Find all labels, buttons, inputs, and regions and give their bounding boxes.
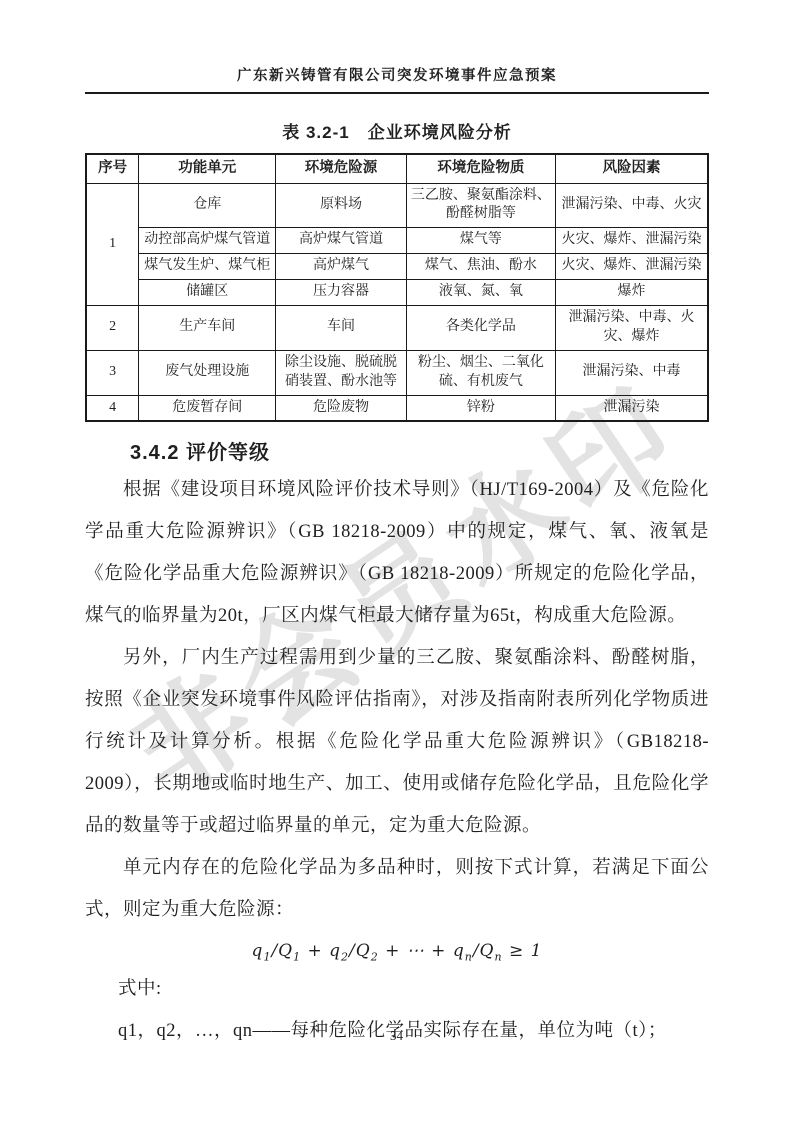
table-row: 储罐区 压力容器 液氧、氮、氧 爆炸 — [86, 280, 708, 306]
factor-cell: 火灾、爆炸、泄漏污染 — [556, 254, 708, 280]
serial-cell: 4 — [86, 395, 139, 421]
source-cell: 高炉煤气 — [276, 254, 407, 280]
table-row: 3 废气处理设施 除尘设施、脱硫脱硝装置、酚水池等 粉尘、烟尘、二氧化硫、有机废… — [86, 350, 708, 395]
factor-cell: 泄漏污染、中毒 — [556, 350, 708, 395]
factor-cell: 火灾、爆炸、泄漏污染 — [556, 228, 708, 254]
table-header-row: 序号 功能单元 环境危险源 环境危险物质 风险因素 — [86, 154, 708, 183]
table-row: 4 危废暂存间 危险废物 锌粉 泄漏污染 — [86, 395, 708, 421]
substance-cell: 粉尘、烟尘、二氧化硫、有机废气 — [406, 350, 555, 395]
substance-cell: 煤气、焦油、酚水 — [406, 254, 555, 280]
factor-cell: 爆炸 — [556, 280, 708, 306]
substance-cell: 各类化学品 — [406, 306, 555, 351]
source-cell: 高炉煤气管道 — [276, 228, 407, 254]
formula: q1/Q1 + q2/Q2 + ⋯ + qn/Qn ≥ 1 — [85, 941, 709, 963]
table-row: 1 仓库 原料场 三乙胺、聚氨酯涂料、酚醛树脂等 泄漏污染、中毒、火灾 — [86, 183, 708, 228]
source-cell: 压力容器 — [276, 280, 407, 306]
unit-cell: 动控部高炉煤气管道 — [139, 228, 276, 254]
column-header-substance: 环境危险物质 — [406, 154, 555, 183]
serial-cell: 1 — [86, 183, 139, 305]
factor-cell: 泄漏污染、中毒、火灾、爆炸 — [556, 306, 708, 351]
column-header-source: 环境危险源 — [276, 154, 407, 183]
risk-analysis-table: 序号 功能单元 环境危险源 环境危险物质 风险因素 1 仓库 原料场 三乙胺、聚… — [85, 153, 709, 422]
table-row: 动控部高炉煤气管道 高炉煤气管道 煤气等 火灾、爆炸、泄漏污染 — [86, 228, 708, 254]
serial-cell: 2 — [86, 306, 139, 351]
table-title: 表 3.2-1 企业环境风险分析 — [85, 118, 709, 143]
table-row: 2 生产车间 车间 各类化学品 泄漏污染、中毒、火灾、爆炸 — [86, 306, 708, 351]
substance-cell: 煤气等 — [406, 228, 555, 254]
section-heading: 3.4.2 评价等级 — [85, 436, 709, 465]
page-number: 34 — [0, 1028, 793, 1044]
column-header-unit: 功能单元 — [139, 154, 276, 183]
substance-cell: 锌粉 — [406, 395, 555, 421]
page-content: 广东新兴铸管有限公司突发环境事件应急预案 表 3.2-1 企业环境风险分析 序号… — [0, 0, 793, 1052]
factor-cell: 泄漏污染 — [556, 395, 708, 421]
paragraph-3: 单元内存在的危险化学品为多品种时，则按下式计算，若满足下面公式，则定为重大危险源… — [85, 847, 709, 931]
source-cell: 除尘设施、脱硫脱硝装置、酚水池等 — [276, 350, 407, 395]
source-cell: 原料场 — [276, 183, 407, 228]
table-row: 煤气发生炉、煤气柜 高炉煤气 煤气、焦油、酚水 火灾、爆炸、泄漏污染 — [86, 254, 708, 280]
paragraph-1: 根据《建设项目环境风险评价技术导则》（HJ/T169-2004）及《危险化学品重… — [85, 469, 709, 637]
column-header-factor: 风险因素 — [556, 154, 708, 183]
document-page: 非会员水印 广东新兴铸管有限公司突发环境事件应急预案 表 3.2-1 企业环境风… — [0, 0, 793, 1122]
substance-cell: 液氧、氮、氧 — [406, 280, 555, 306]
page-header: 广东新兴铸管有限公司突发环境事件应急预案 — [85, 64, 709, 94]
unit-cell: 储罐区 — [139, 280, 276, 306]
serial-cell: 3 — [86, 350, 139, 395]
unit-cell: 生产车间 — [139, 306, 276, 351]
factor-cell: 泄漏污染、中毒、火灾 — [556, 183, 708, 228]
formula-where-label: 式中: — [85, 968, 709, 1010]
paragraph-2: 另外，厂内生产过程需用到少量的三乙胺、聚氨酯涂料、酚醛树脂，按照《企业突发环境事… — [85, 637, 709, 847]
unit-cell: 仓库 — [139, 183, 276, 228]
unit-cell: 煤气发生炉、煤气柜 — [139, 254, 276, 280]
column-header-no: 序号 — [86, 154, 139, 183]
unit-cell: 危废暂存间 — [139, 395, 276, 421]
source-cell: 车间 — [276, 306, 407, 351]
substance-cell: 三乙胺、聚氨酯涂料、酚醛树脂等 — [406, 183, 555, 228]
source-cell: 危险废物 — [276, 395, 407, 421]
unit-cell: 废气处理设施 — [139, 350, 276, 395]
